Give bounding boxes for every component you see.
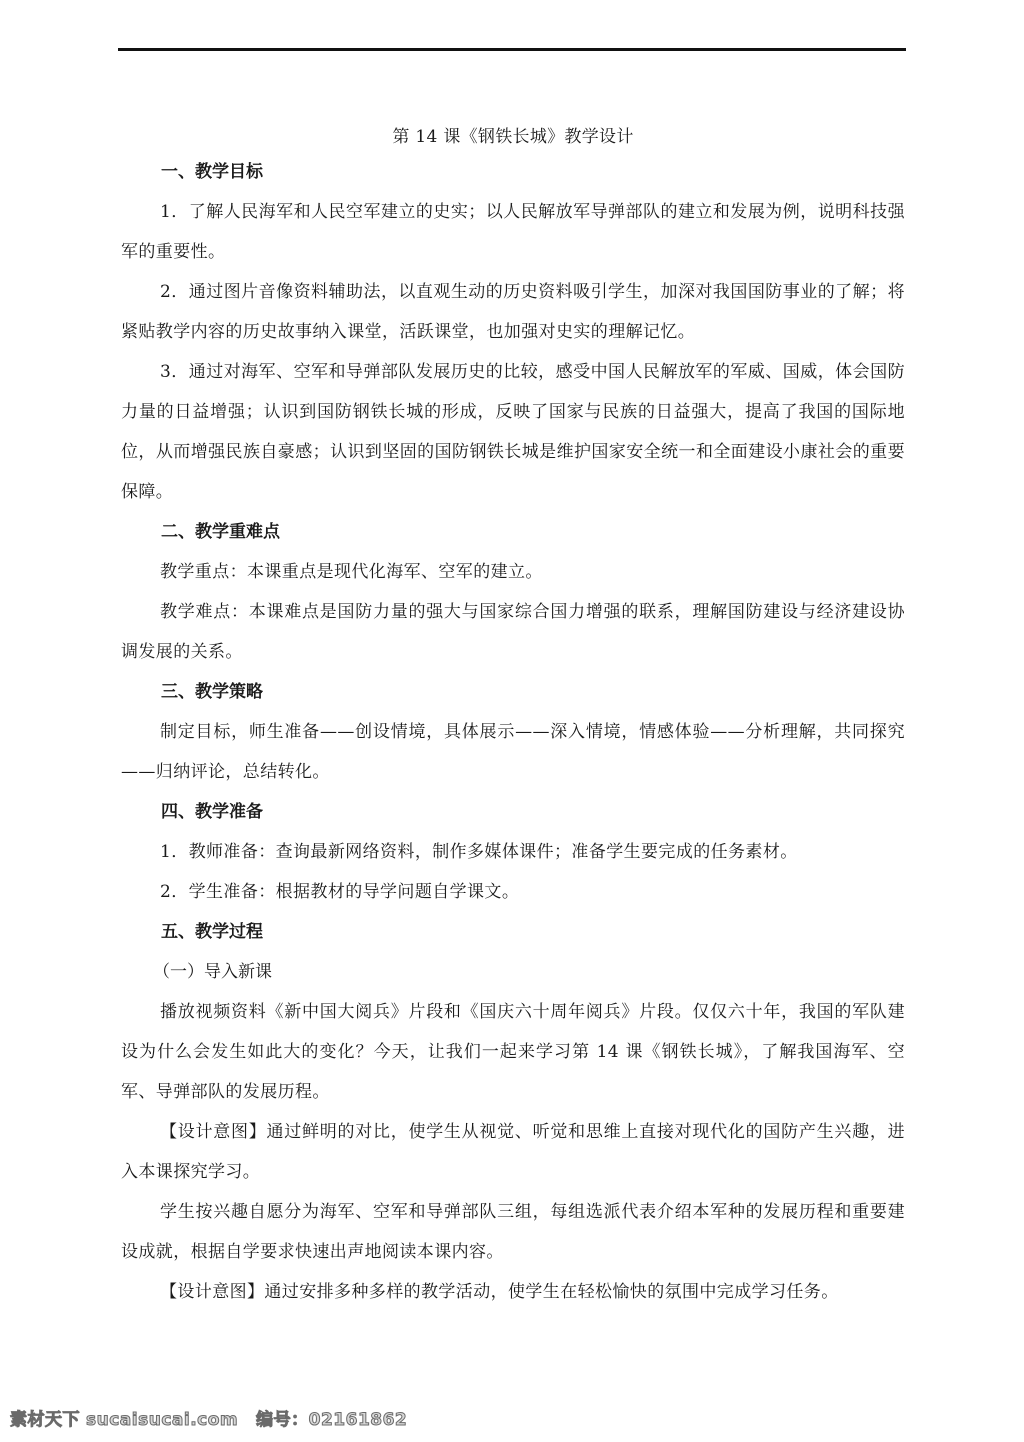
- objective-paragraph: 2．通过图片音像资料辅助法，以直观生动的历史资料吸引学生，加深对我国国防事业的了…: [121, 272, 905, 352]
- watermark-id-value: 02161862: [309, 1410, 408, 1430]
- design-intent-paragraph: 【设计意图】通过鲜明的对比，使学生从视觉、听觉和思维上直接对现代化的国防产生兴趣…: [121, 1112, 905, 1192]
- difficult-point-paragraph: 教学难点：本课难点是国防力量的强大与国家综合国力增强的联系，理解国防建设与经济建…: [121, 592, 905, 672]
- document-body: 第 14 课《钢铁长城》教学设计 一、教学目标 1．了解人民海军和人民空军建立的…: [121, 122, 905, 1312]
- section-teaching-process: 五、教学过程 （一）导入新课 播放视频资料《新中国大阅兵》片段和《国庆六十周年阅…: [121, 912, 905, 1312]
- section-teaching-objectives: 一、教学目标 1．了解人民海军和人民空军建立的史实；以人民解放军导弹部队的建立和…: [121, 152, 905, 512]
- process-paragraph: 学生按兴趣自愿分为海军、空军和导弹部队三组，每组选派代表介绍本军种的发展历程和重…: [121, 1192, 905, 1272]
- objective-paragraph: 1．了解人民海军和人民空军建立的史实；以人民解放军导弹部队的建立和发展为例，说明…: [121, 192, 905, 272]
- process-paragraph: 播放视频资料《新中国大阅兵》片段和《国庆六十周年阅兵》片段。仅仅六十年，我国的军…: [121, 992, 905, 1112]
- document-title: 第 14 课《钢铁长城》教学设计: [121, 122, 905, 152]
- watermark-site-url: sucaisucai.com: [86, 1410, 238, 1430]
- watermark-id-label: 编号：: [256, 1410, 309, 1430]
- design-intent-paragraph: 【设计意图】通过安排多种多样的教学活动，使学生在轻松愉快的氛围中完成学习任务。: [121, 1272, 905, 1312]
- section-heading: 三、教学策略: [121, 672, 905, 712]
- teacher-preparation-paragraph: 1．教师准备：查询最新网络资料，制作多媒体课件；准备学生要完成的任务素材。: [121, 832, 905, 872]
- section-key-difficult-points: 二、教学重难点 教学重点：本课重点是现代化海军、空军的建立。 教学难点：本课难点…: [121, 512, 905, 672]
- strategy-paragraph: 制定目标，师生准备——创设情境，具体展示——深入情境，情感体验——分析理解，共同…: [121, 712, 905, 792]
- section-heading: 一、教学目标: [121, 152, 905, 192]
- subsection-heading: （一）导入新课: [121, 952, 905, 992]
- section-teaching-strategy: 三、教学策略 制定目标，师生准备——创设情境，具体展示——深入情境，情感体验——…: [121, 672, 905, 792]
- key-point-paragraph: 教学重点：本课重点是现代化海军、空军的建立。: [121, 552, 905, 592]
- section-heading: 四、教学准备: [121, 792, 905, 832]
- header-rule: [118, 48, 906, 51]
- objective-paragraph: 3．通过对海军、空军和导弹部队发展历史的比较，感受中国人民解放军的军威、国威，体…: [121, 352, 905, 512]
- section-teaching-preparation: 四、教学准备 1．教师准备：查询最新网络资料，制作多媒体课件；准备学生要完成的任…: [121, 792, 905, 912]
- watermark: 素材天下sucaisucai.com编号：02161862: [10, 1405, 413, 1430]
- section-heading: 二、教学重难点: [121, 512, 905, 552]
- watermark-site-name: 素材天下: [10, 1410, 80, 1430]
- section-heading: 五、教学过程: [121, 912, 905, 952]
- student-preparation-paragraph: 2．学生准备：根据教材的导学问题自学课文。: [121, 872, 905, 912]
